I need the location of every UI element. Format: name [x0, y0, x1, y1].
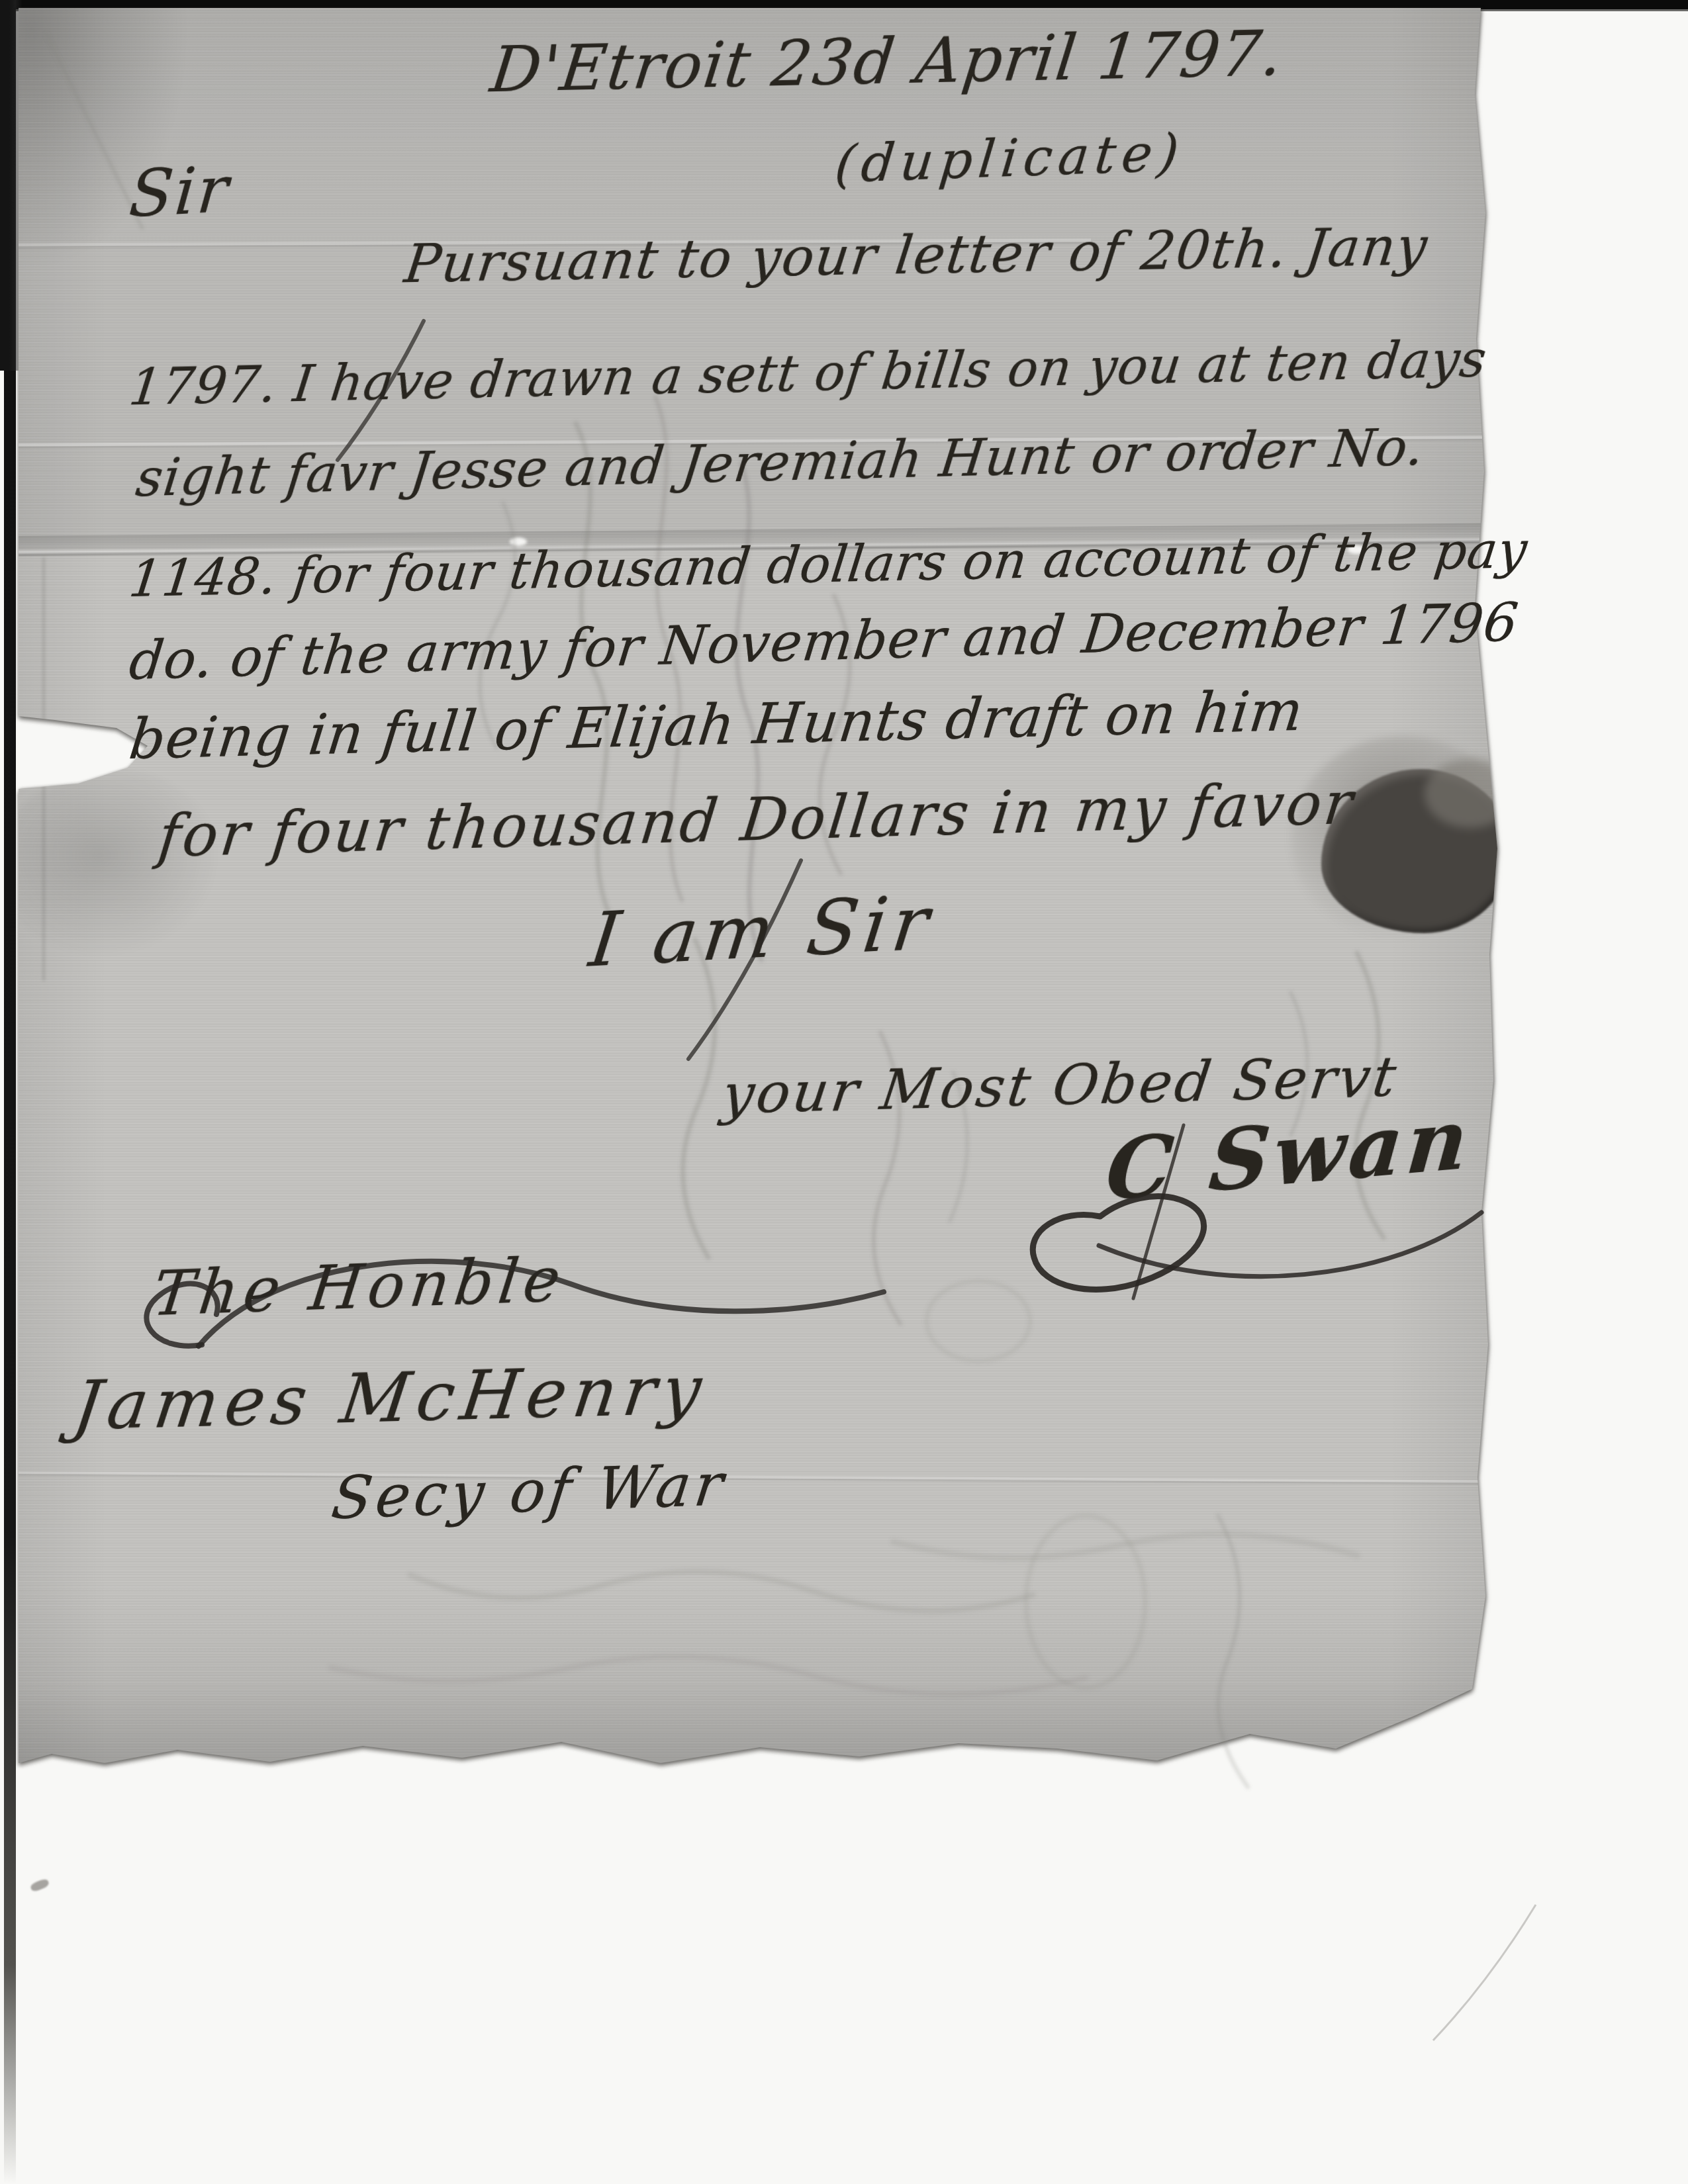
- corner-crease-shadow: [0, 0, 191, 273]
- address-honorific: The Honble: [149, 1244, 569, 1330]
- fold-crease-lower: [19, 1471, 1508, 1486]
- salutation: Sir: [126, 152, 233, 232]
- paper-bottom-shading: [19, 1583, 1508, 1803]
- scratch-mark: [1433, 1905, 1536, 2040]
- paper-speck: [30, 1878, 50, 1893]
- address-title: Secy of War: [328, 1450, 731, 1532]
- scanned-letter-page: D'Etroit 23d April 1797. (duplicate) Sir…: [0, 0, 1688, 2184]
- address-name: James McHenry: [69, 1351, 712, 1446]
- fold-crease-vertical: [42, 557, 45, 981]
- duplicate-annotation: (duplicate): [832, 122, 1188, 195]
